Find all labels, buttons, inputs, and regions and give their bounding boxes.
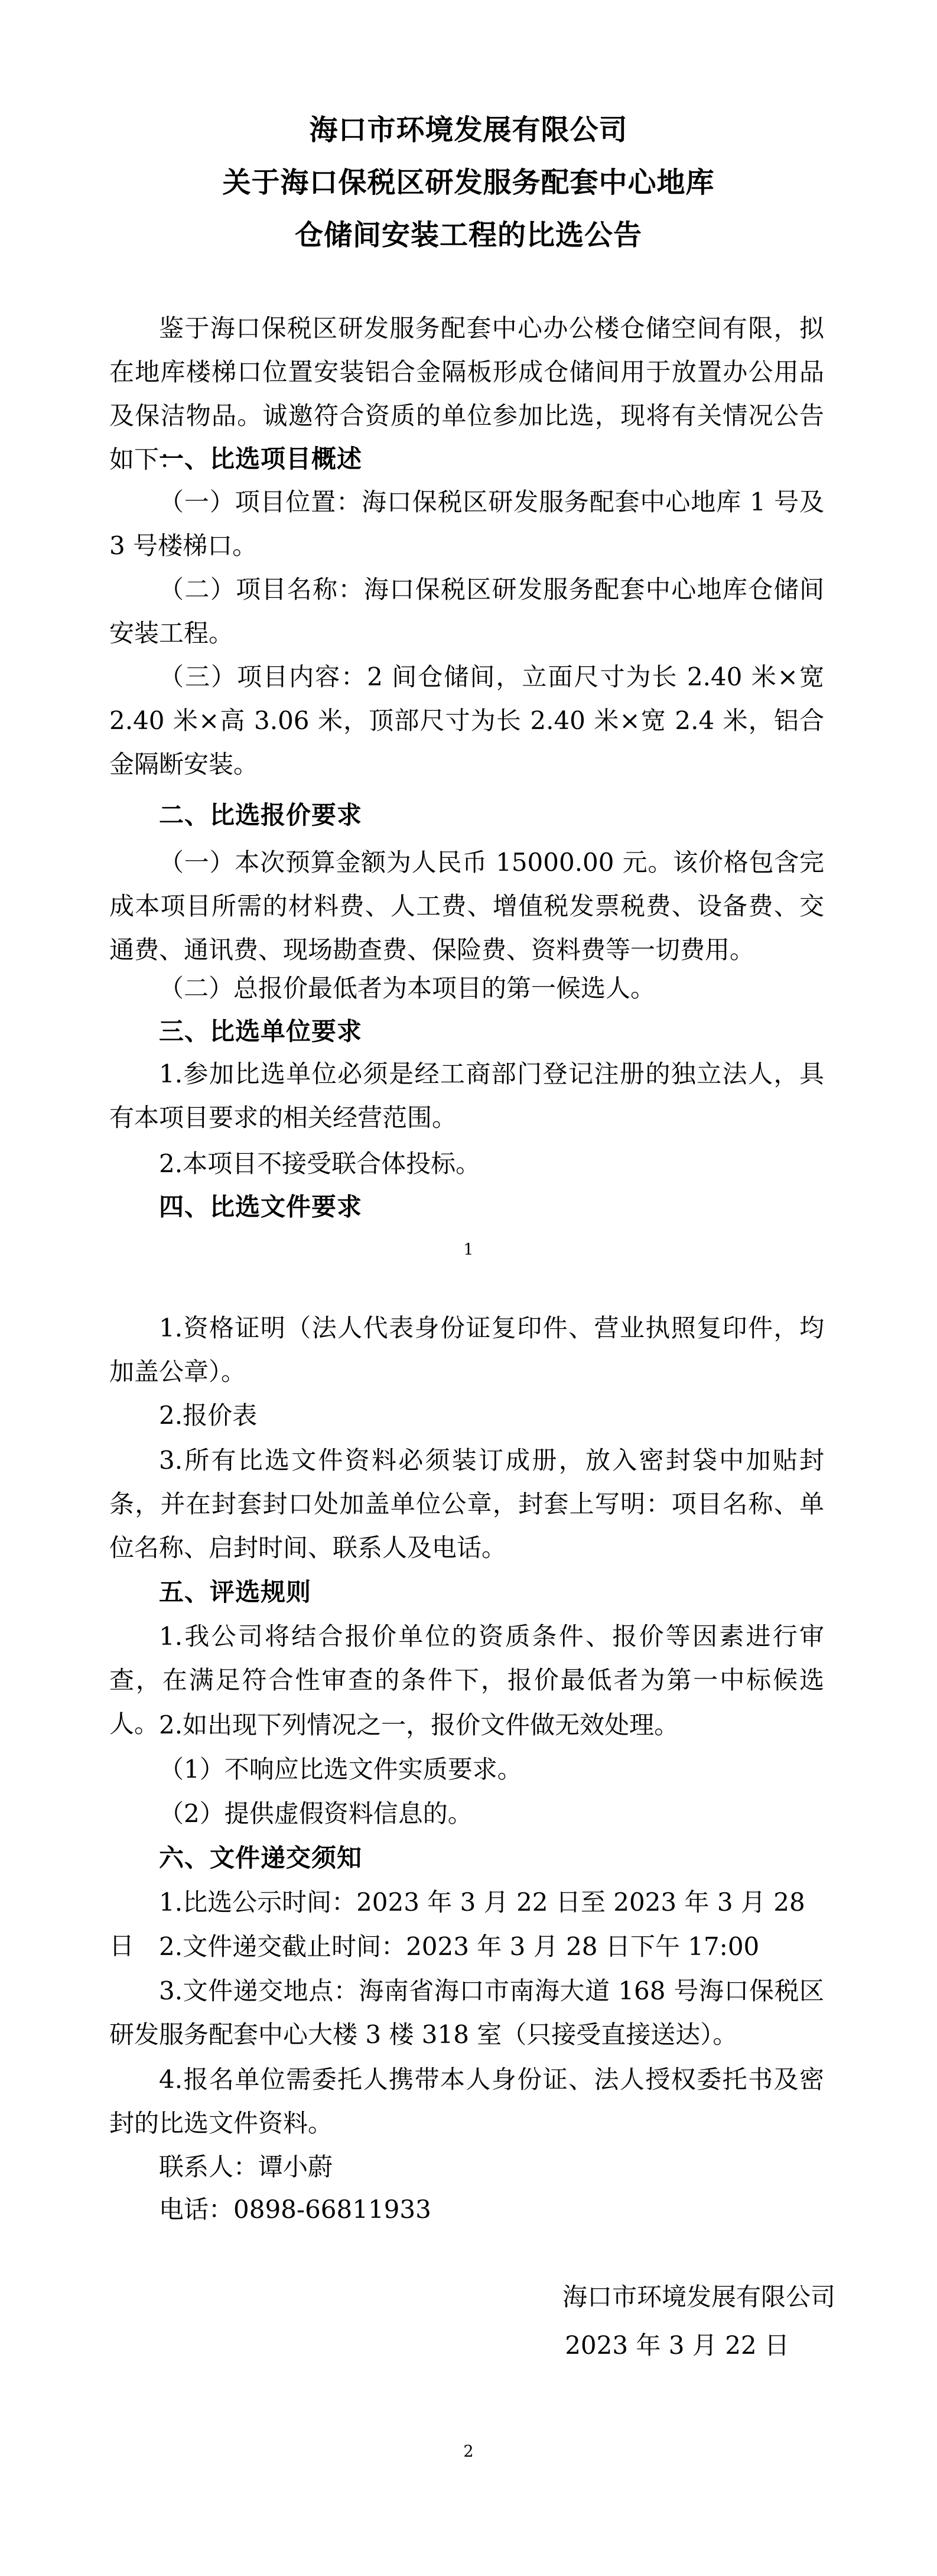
section-4-heading: 四、比选文件要求 [109,1185,824,1229]
doc-title-line-2: 关于海口保税区研发服务配套中心地库 [0,157,937,209]
section-5-heading: 五、评选规则 [109,1570,824,1614]
section-2-heading: 二、比选报价要求 [109,793,824,837]
section-2-para-1: （一）本次预算金额为人民币 15000.00 元。该价格包含完成本项目所需的材料… [109,841,824,972]
section-4-para-2: 2.报价表 [109,1394,824,1437]
section-5-para-4: （2）提供虚假资料信息的。 [109,1792,824,1836]
section-5-para-3: （1）不响应比选文件实质要求。 [109,1748,824,1791]
section-4-para-1: 1.资格证明（法人代表身份证复印件、营业执照复印件，均加盖公章）。 [109,1306,824,1394]
announcement-document: 海口市环境发展有限公司 关于海口保税区研发服务配套中心地库 仓储间安装工程的比选… [0,0,937,2576]
section-1-para-2: （二）项目名称：海口保税区研发服务配套中心地库仓储间安装工程。 [109,568,824,655]
section-1-para-3: （三）项目内容：2 间仓储间，立面尺寸为长 2.40 米×宽 2.40 米×高 … [109,655,824,786]
section-4-para-3: 3.所有比选文件资料必须装订成册，放入密封袋中加贴封条，并在封套封口处加盖单位公… [109,1439,824,1570]
contact-phone-line: 电话：0898-66811933 [109,2188,824,2232]
doc-title: 海口市环境发展有限公司 关于海口保税区研发服务配套中心地库 仓储间安装工程的比选… [0,104,937,262]
signature-date: 2023 年 3 月 22 日 [565,2324,789,2367]
section-6-heading: 六、文件递交须知 [109,1836,824,1880]
section-3-para-2: 2.本项目不接受联合体投标。 [109,1142,824,1186]
page-number-1: 1 [0,1241,937,1259]
section-1-heading: 一、比选项目概述 [109,437,824,481]
section-6-para-4: 4.报名单位需委托人携带本人身份证、法人授权委托书及密封的比选文件资料。 [109,2058,824,2145]
section-3-heading: 三、比选单位要求 [109,1010,824,1053]
doc-title-line-3: 仓储间安装工程的比选公告 [0,209,937,262]
section-2-para-2: （二）总报价最低者为本项目的第一候选人。 [109,967,824,1010]
signature-company: 海口市环境发展有限公司 [562,2275,835,2319]
section-5-para-2: 2.如出现下列情况之一，报价文件做无效处理。 [109,1703,824,1747]
doc-title-line-1: 海口市环境发展有限公司 [0,104,937,157]
contact-person-line: 联系人：谭小蔚 [109,2145,824,2189]
section-6-para-2: 2.文件递交截止时间：2023 年 3 月 28 日下午 17:00 [109,1925,824,1969]
section-3-para-1: 1.参加比选单位必须是经工商部门登记注册的独立法人，具有本项目要求的相关经营范围… [109,1052,824,1140]
section-6-para-3: 3.文件递交地点：海南省海口市南海大道 168 号海口保税区研发服务配套中心大楼… [109,1969,824,2057]
section-1-para-1: （一）项目位置：海口保税区研发服务配套中心地库 1 号及 3 号楼梯口。 [109,480,824,568]
page-number-2: 2 [0,2443,937,2461]
